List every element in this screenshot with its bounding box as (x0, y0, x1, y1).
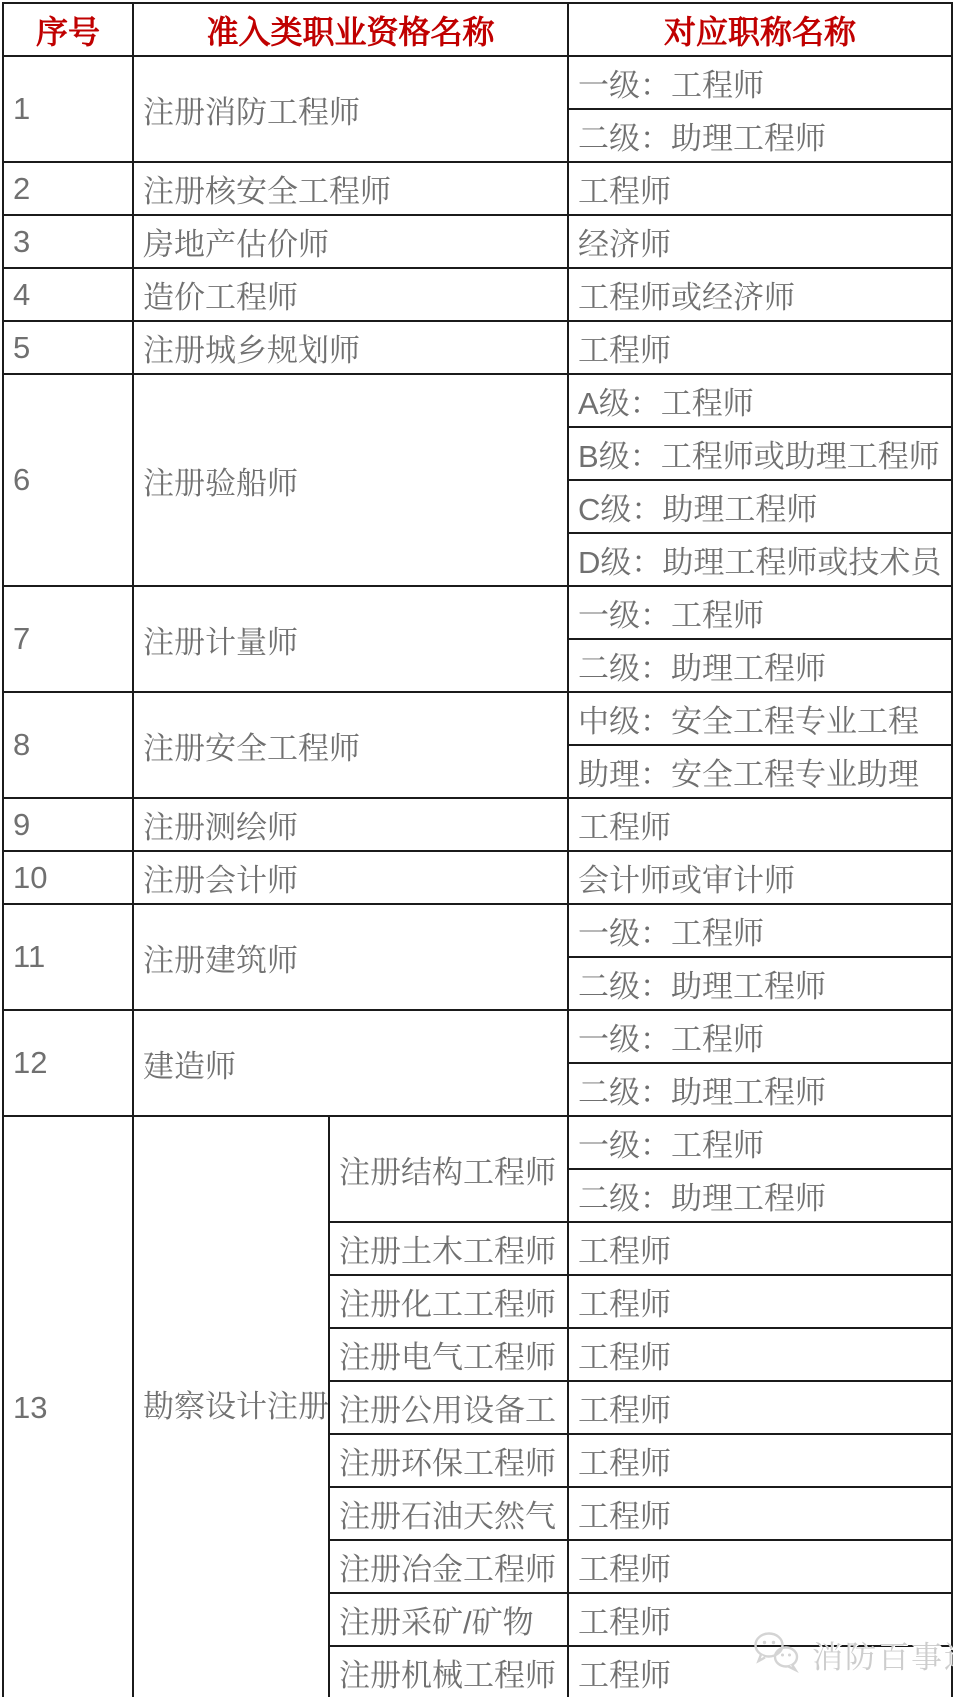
row-no: 4 (3, 268, 133, 321)
title-cell: 工程师 (568, 1593, 952, 1646)
title-cell: 二级：助理工程师 (568, 639, 952, 692)
qualification-table: 序号 准入类职业资格名称 对应职称名称 1 注册消防工程师 一级：工程师 二级：… (2, 2, 953, 1697)
title-cell: 工程师 (568, 1381, 952, 1434)
title-cell: 会计师或审计师 (568, 851, 952, 904)
subqualification-cell: 注册冶金工程师 (329, 1540, 568, 1593)
qualification-cell: 注册城乡规划师 (133, 321, 568, 374)
qualification-cell: 注册建筑师 (133, 904, 568, 1010)
subqualification-cell: 注册环保工程师 (329, 1434, 568, 1487)
table-row: 13 勘察设计注册工程师 注册结构工程师 一级：工程师 (3, 1116, 952, 1169)
title-cell: 助理：安全工程专业助理 (568, 745, 952, 798)
title-cell: 工程师 (568, 321, 952, 374)
subqualification-cell: 注册结构工程师 (329, 1116, 568, 1222)
qualification-cell: 注册消防工程师 (133, 56, 568, 162)
qualification-cell: 注册测绘师 (133, 798, 568, 851)
subqualification-cell: 注册机械工程师 (329, 1646, 568, 1697)
row-no: 5 (3, 321, 133, 374)
table-row: 6 注册验船师 A级：工程师 (3, 374, 952, 427)
title-cell: 工程师 (568, 1275, 952, 1328)
title-cell: 工程师 (568, 798, 952, 851)
subqualification-cell: 注册电气工程师 (329, 1328, 568, 1381)
subqualification-cell: 注册采矿/矿物 (329, 1593, 568, 1646)
table-row: 9 注册测绘师 工程师 (3, 798, 952, 851)
table-row: 3 房地产估价师 经济师 (3, 215, 952, 268)
table-row: 7 注册计量师 一级：工程师 (3, 586, 952, 639)
title-cell: 二级：助理工程师 (568, 109, 952, 162)
title-cell: 一级：工程师 (568, 586, 952, 639)
qualification-cell: 建造师 (133, 1010, 568, 1116)
header-seq: 序号 (3, 3, 133, 56)
row-no: 8 (3, 692, 133, 798)
title-cell: 二级：助理工程师 (568, 1063, 952, 1116)
qualification-cell: 房地产估价师 (133, 215, 568, 268)
title-cell: 工程师 (568, 162, 952, 215)
title-cell: 工程师 (568, 1328, 952, 1381)
row-no: 6 (3, 374, 133, 586)
subqualification-cell: 注册石油天然气 (329, 1487, 568, 1540)
table-row: 12 建造师 一级：工程师 (3, 1010, 952, 1063)
title-cell: 工程师 (568, 1646, 952, 1697)
qualification-group-cell: 勘察设计注册工程师 (133, 1116, 329, 1697)
table-row: 4 造价工程师 工程师或经济师 (3, 268, 952, 321)
header-title: 对应职称名称 (568, 3, 952, 56)
title-cell: 一级：工程师 (568, 904, 952, 957)
qualification-cell: 注册验船师 (133, 374, 568, 586)
subqualification-cell: 注册土木工程师 (329, 1222, 568, 1275)
table-row: 5 注册城乡规划师 工程师 (3, 321, 952, 374)
table-row: 11 注册建筑师 一级：工程师 (3, 904, 952, 957)
header-row: 序号 准入类职业资格名称 对应职称名称 (3, 3, 952, 56)
subqualification-cell: 注册化工工程师 (329, 1275, 568, 1328)
title-cell: 一级：工程师 (568, 56, 952, 109)
table-row: 8 注册安全工程师 中级：安全工程专业工程 (3, 692, 952, 745)
title-cell: 工程师 (568, 1487, 952, 1540)
title-cell: 工程师 (568, 1222, 952, 1275)
header-qualification: 准入类职业资格名称 (133, 3, 568, 56)
title-cell: 一级：工程师 (568, 1010, 952, 1063)
qualification-cell: 注册安全工程师 (133, 692, 568, 798)
title-cell: B级：工程师或助理工程师 (568, 427, 952, 480)
row-no: 10 (3, 851, 133, 904)
title-cell: 二级：助理工程师 (568, 957, 952, 1010)
row-no: 2 (3, 162, 133, 215)
qualification-cell: 注册计量师 (133, 586, 568, 692)
title-cell: 一级：工程师 (568, 1116, 952, 1169)
title-cell: 二级：助理工程师 (568, 1169, 952, 1222)
title-cell: C级：助理工程师 (568, 480, 952, 533)
title-cell: 经济师 (568, 215, 952, 268)
row-no: 12 (3, 1010, 133, 1116)
row-no: 11 (3, 904, 133, 1010)
title-cell: D级：助理工程师或技术员 (568, 533, 952, 586)
table-row: 10 注册会计师 会计师或审计师 (3, 851, 952, 904)
subqualification-cell: 注册公用设备工 (329, 1381, 568, 1434)
row-no: 9 (3, 798, 133, 851)
row-no: 1 (3, 56, 133, 162)
row-no: 13 (3, 1116, 133, 1697)
title-cell: 工程师 (568, 1540, 952, 1593)
row-no: 3 (3, 215, 133, 268)
qualification-cell: 注册会计师 (133, 851, 568, 904)
qualification-cell: 造价工程师 (133, 268, 568, 321)
qualification-cell: 注册核安全工程师 (133, 162, 568, 215)
title-cell: 中级：安全工程专业工程 (568, 692, 952, 745)
title-cell: 工程师 (568, 1434, 952, 1487)
row-no: 7 (3, 586, 133, 692)
title-cell: A级：工程师 (568, 374, 952, 427)
table-row: 2 注册核安全工程师 工程师 (3, 162, 952, 215)
title-cell: 工程师或经济师 (568, 268, 952, 321)
table-row: 1 注册消防工程师 一级：工程师 (3, 56, 952, 109)
